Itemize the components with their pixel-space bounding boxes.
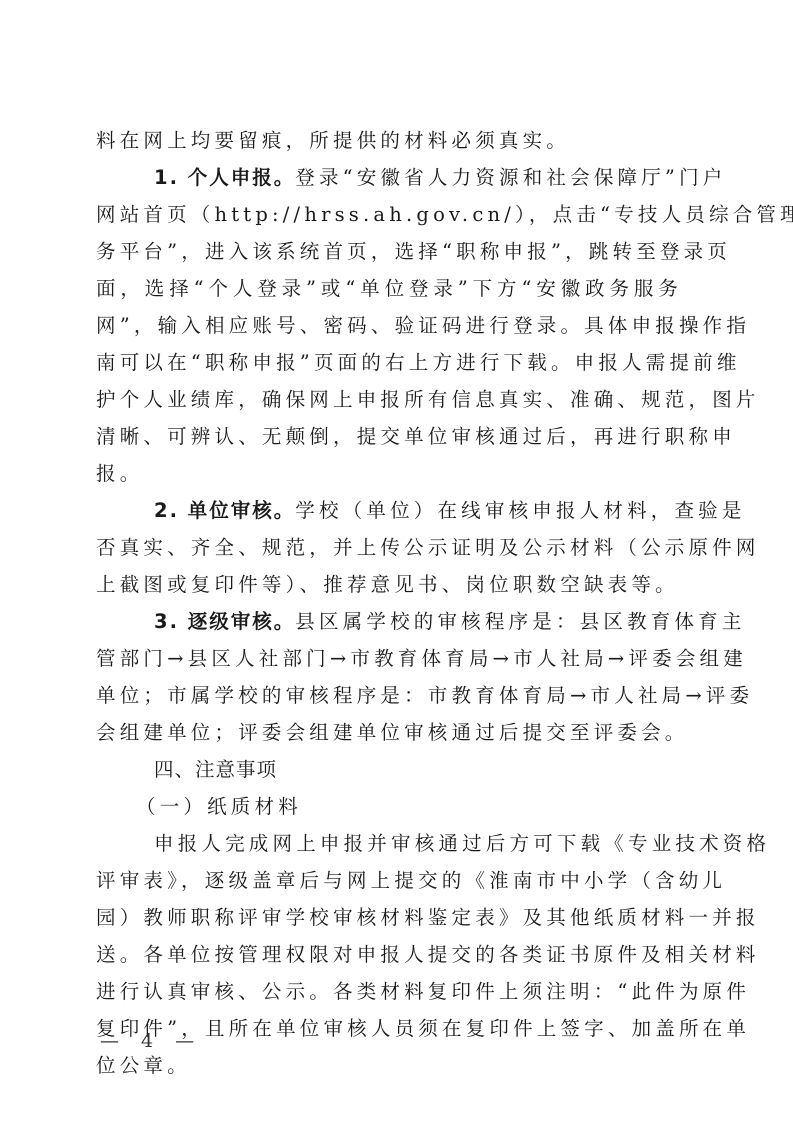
text-line: 2. 单位审核。学校（单位）在线审核申报人材料，查验是 — [96, 492, 682, 529]
line-text: 学校（单位）在线审核申报人材料，查验是 — [295, 499, 745, 522]
line-text: 上截图或复印件等）、推荐意见书、岗位职数空缺表等。 — [96, 573, 679, 596]
text-line: 管部门→县区人社部门→市教育体育局→市人社局→评委会组建 — [96, 640, 682, 677]
line-text: 送。各单位按管理权限对申报人提交的各类证书原件及相关材料 — [96, 943, 760, 966]
line-text: 评审表》，逐级盖章后与网上提交的《淮南市中小学（含幼儿 — [96, 869, 726, 892]
line-text: 网”，输入相应账号、密码、验证码进行登录。具体申报操作指 — [96, 314, 750, 337]
text-line: 位公章。 — [96, 1047, 682, 1084]
line-text: 护个人业绩库，确保网上申报所有信息真实、准确、规范，图片 — [96, 388, 760, 411]
line-text: 位公章。 — [96, 1054, 191, 1077]
line-text: 申报人完成网上申报并审核通过后方可下载《专业技术资格 — [154, 832, 770, 855]
line-text: 园）教师职称评审学校审核材料鉴定表》及其他纸质材料一并报 — [96, 906, 760, 929]
line-text: 清晰、可辨认、无颠倒，提交单位审核通过后，再进行职称申 — [96, 425, 736, 448]
text-line: 3. 逐级审核。县区属学校的审核程序是：县区教育体育主 — [96, 603, 682, 640]
line-text: 单位；市属学校的审核程序是：市教育体育局→市人社局→评委 — [96, 684, 753, 707]
text-line: 会组建单位；评委会组建单位审核通过后提交至评委会。 — [96, 714, 682, 751]
text-line: 网”，输入相应账号、密码、验证码进行登录。具体申报操作指 — [96, 307, 682, 344]
text-line: 申报人完成网上申报并审核通过后方可下载《专业技术资格 — [96, 825, 682, 862]
section-heading: 四、注意事项 — [96, 751, 682, 788]
line-text: 料在网上均要留痕，所提供的材料必须真实。 — [96, 129, 570, 152]
line-text: 南可以在“职称申报”页面的右上方进行下载。申报人需提前维 — [96, 351, 741, 374]
text-line: 上截图或复印件等）、推荐意见书、岗位职数空缺表等。 — [96, 566, 682, 603]
text-line: 送。各单位按管理权限对申报人提交的各类证书原件及相关材料 — [96, 936, 682, 973]
page-number: — 4 — — [100, 1030, 202, 1052]
text-line: 否真实、齐全、规范，并上传公示证明及公示材料（公示原件网 — [96, 529, 682, 566]
text-line: 面，选择“个人登录”或“单位登录”下方“安徽政务服务 — [96, 270, 682, 307]
bold-item-label: 1. 个人申报。 — [154, 166, 295, 189]
text-line: 南可以在“职称申报”页面的右上方进行下载。申报人需提前维 — [96, 344, 682, 381]
line-text: 会组建单位；评委会组建单位审核通过后提交至评委会。 — [96, 721, 689, 744]
text-line: 1. 个人申报。登录“安徽省人力资源和社会保障厅”门户 — [96, 159, 682, 196]
line-text: 县区属学校的审核程序是：县区教育体育主 — [295, 610, 745, 633]
subsection-heading: （一）纸质材料 — [96, 788, 682, 825]
text-line: 网站首页（http://hrss.ah.gov.cn/），点击“专技人员综合管理… — [96, 196, 682, 233]
paragraph-block-submission-process: 料在网上均要留痕，所提供的材料必须真实。1. 个人申报。登录“安徽省人力资源和社… — [96, 122, 682, 751]
line-text: 登录“安徽省人力资源和社会保障厅”门户 — [295, 166, 726, 189]
bold-item-label: 3. 逐级审核。 — [154, 610, 295, 633]
line-text: 务平台”，进入该系统首页，选择“职称申报”，跳转至登录页 — [96, 240, 731, 263]
text-line: 评审表》，逐级盖章后与网上提交的《淮南市中小学（含幼儿 — [96, 862, 682, 899]
line-text: 报。 — [96, 462, 143, 485]
text-line: 报。 — [96, 455, 682, 492]
text-line: 料在网上均要留痕，所提供的材料必须真实。 — [96, 122, 682, 159]
text-line: 务平台”，进入该系统首页，选择“职称申报”，跳转至登录页 — [96, 233, 682, 270]
bold-item-label: 2. 单位审核。 — [154, 499, 295, 522]
text-line: 进行认真审核、公示。各类材料复印件上须注明：“此件为原件 — [96, 973, 682, 1010]
text-line: 园）教师职称评审学校审核材料鉴定表》及其他纸质材料一并报 — [96, 899, 682, 936]
line-text: 管部门→县区人社部门→市教育体育局→市人社局→评委会组建 — [96, 647, 747, 670]
text-line: 清晰、可辨认、无颠倒，提交单位审核通过后，再进行职称申 — [96, 418, 682, 455]
line-text: 面，选择“个人登录”或“单位登录”下方“安徽政务服务 — [96, 277, 682, 300]
text-line: 单位；市属学校的审核程序是：市教育体育局→市人社局→评委 — [96, 677, 682, 714]
document-page: 料在网上均要留痕，所提供的材料必须真实。1. 个人申报。登录“安徽省人力资源和社… — [96, 122, 682, 1084]
line-text: 否真实、齐全、规范，并上传公示证明及公示材料（公示原件网 — [96, 536, 760, 559]
line-text: 网站首页（http://hrss.ah.gov.cn/），点击“专技人员综合管理… — [96, 203, 793, 226]
line-text: 进行认真审核、公示。各类材料复印件上须注明：“此件为原件 — [96, 980, 750, 1003]
text-line: 护个人业绩库，确保网上申报所有信息真实、准确、规范，图片 — [96, 381, 682, 418]
